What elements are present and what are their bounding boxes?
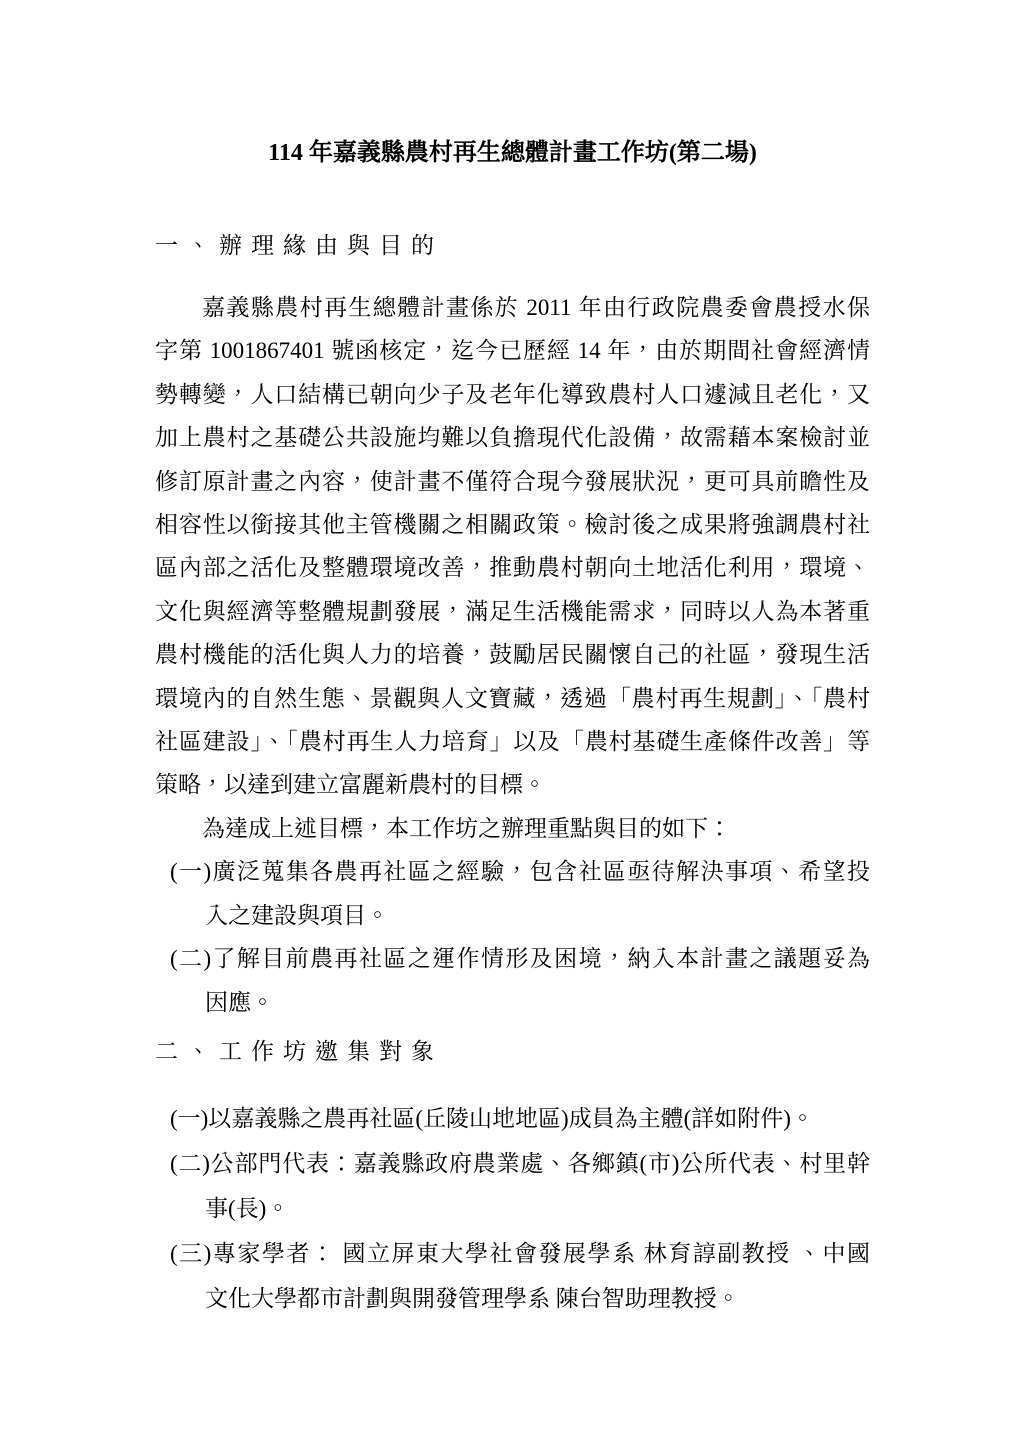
section-1-intro: 為達成上述目標，本工作坊之辦理重點與目的如下： (155, 807, 870, 850)
list-item-label: (一) (170, 1106, 208, 1131)
section-2-items: (一)以嘉義縣之農再社區(丘陵山地地區)成員為主體(詳如附件)。 (二)公部門代… (155, 1096, 870, 1321)
document-page: 114 年嘉義縣農村再生總體計畫工作坊(第二場) 一、辦理緣由與目的 嘉義縣農村… (0, 0, 1024, 1448)
list-item-text: 了解目前農再社區之運作情形及困境，納入本計畫之議題妥為 (211, 946, 870, 971)
list-item-continuation: 入之建設與項目。 (170, 894, 870, 937)
text-line: 勢轉變，人口結構已朝向少子及老年化導致農村人口遽減且老化，又 (155, 373, 870, 416)
list-item-continuation: 因應。 (170, 981, 870, 1024)
list-item-text: 廣泛蒐集各農再社區之經驗，包含社區亟待解決事項、希望投 (211, 859, 870, 884)
list-item-label: (三) (170, 1241, 211, 1266)
list-item-label: (二) (170, 946, 211, 971)
text-line: 區內部之活化及整體環境改善，推動農村朝向土地活化利用，環境、 (155, 546, 870, 589)
text-line: 相容性以銜接其他主管機關之相關政策。檢討後之成果將強調農村社 (155, 503, 870, 546)
list-item: (三)專家學者： 國立屏東大學社會發展學系 林育諄副教授 、中國 (170, 1231, 870, 1276)
text-line: 農村機能的活化與人力的培養，鼓勵居民關懷自己的社區，發現生活 (155, 633, 870, 676)
text-line: 社區建設」、「農村再生人力培育」以及「農村基礎生產條件改善」等 (155, 720, 870, 763)
list-item: (二)公部門代表：嘉義縣政府農業處、各鄉鎮(市)公所代表、村里幹 (170, 1141, 870, 1186)
section-1-items: (一)廣泛蒐集各農再社區之經驗，包含社區亟待解決事項、希望投 入之建設與項目。 … (155, 850, 870, 1024)
section-1-heading: 一、辦理緣由與目的 (155, 232, 870, 260)
text-line: 為達成上述目標，本工作坊之辦理重點與目的如下： (155, 807, 870, 850)
text-line: 文化與經濟等整體規劃發展，滿足生活機能需求，同時以人為本著重 (155, 590, 870, 633)
list-item: (一)廣泛蒐集各農再社區之經驗，包含社區亟待解決事項、希望投 (170, 850, 870, 893)
text-line: 嘉義縣農村再生總體計畫係於 2011 年由行政院農委會農授水保 (155, 286, 870, 329)
list-item-text: 公部門代表：嘉義縣政府農業處、各鄉鎮(市)公所代表、村里幹 (210, 1151, 870, 1176)
text-line: 修訂原計畫之內容，使計畫不僅符合現今發展狀況，更可具前瞻性及 (155, 460, 870, 503)
text-line: 環境內的自然生態、景觀與人文寶藏，透過「農村再生規劃」、「農村 (155, 677, 870, 720)
section-2-heading: 二、工作坊邀集對象 (155, 1038, 870, 1066)
list-item-continuation: 事(長)。 (170, 1186, 870, 1231)
text-line: 加上農村之基礎公共設施均難以負擔現代化設備，故需藉本案檢討並 (155, 416, 870, 459)
list-item-label: (一) (170, 859, 211, 884)
section-1-paragraph: 嘉義縣農村再生總體計畫係於 2011 年由行政院農委會農授水保 字第 10018… (155, 286, 870, 807)
list-item-text: 專家學者： 國立屏東大學社會發展學系 林育諄副教授 、中國 (211, 1241, 870, 1266)
list-item-continuation: 文化大學都市計劃與開發管理學系 陳台智助理教授。 (170, 1276, 870, 1321)
list-item-text: 以嘉義縣之農再社區(丘陵山地地區)成員為主體(詳如附件)。 (208, 1106, 814, 1131)
text-line: 字第 1001867401 號函核定，迄今已歷經 14 年，由於期間社會經濟情 (155, 329, 870, 372)
list-item: (二)了解目前農再社區之運作情形及困境，納入本計畫之議題妥為 (170, 937, 870, 980)
text-line: 策略，以達到建立富麗新農村的目標。 (155, 763, 870, 806)
document-title: 114 年嘉義縣農村再生總體計畫工作坊(第二場) (155, 138, 870, 168)
list-item-label: (二) (170, 1151, 210, 1176)
list-item: (一)以嘉義縣之農再社區(丘陵山地地區)成員為主體(詳如附件)。 (170, 1096, 870, 1141)
